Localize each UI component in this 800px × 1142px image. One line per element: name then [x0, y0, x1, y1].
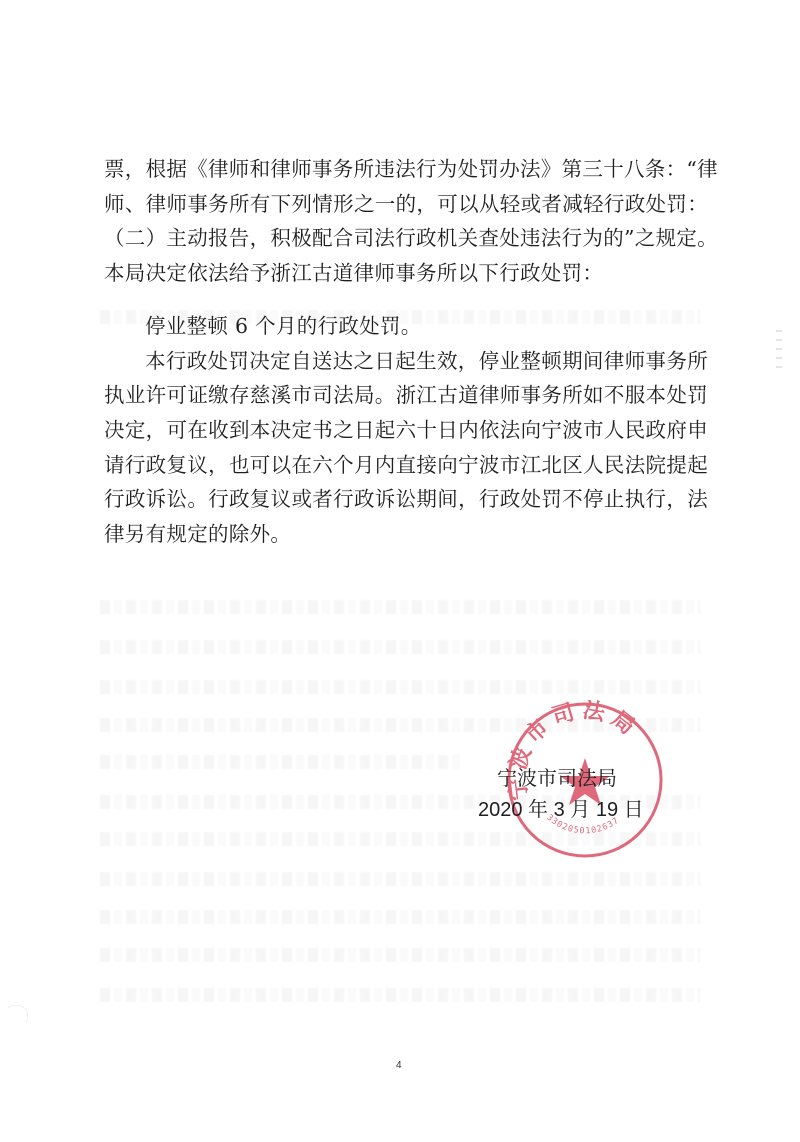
- bleed-through-mark: [100, 910, 700, 924]
- text-line: 本局决定依法给予浙江古道律师事务所以下行政处罚：: [104, 256, 708, 291]
- text-line: 请行政复议，也可以在六个月内直接向宁波市江北区人民法院提起: [104, 448, 708, 483]
- text-line: （二）主动报告，积极配合司法行政机关查处违法行为的”之规定。: [104, 221, 708, 256]
- bleed-through-mark: [100, 680, 700, 694]
- document-page: 票，根据《律师和律师事务所违法行为处罚办法》第三十八条：“律 师、律师事务所有下…: [0, 0, 800, 1142]
- document-body: 票，根据《律师和律师事务所违法行为处罚办法》第三十八条：“律 师、律师事务所有下…: [104, 152, 708, 552]
- bleed-through-mark: [100, 872, 700, 886]
- page-number: 4: [396, 1060, 402, 1071]
- bleed-through-mark: [100, 948, 700, 962]
- bleed-through-mark: [100, 755, 460, 769]
- text-line: 本行政处罚决定自送达之日起生效，停业整顿期间律师事务所: [104, 344, 708, 379]
- scan-edge-mark: [776, 330, 782, 370]
- bleed-through-mark: [100, 988, 700, 1002]
- issue-date: 2020 年 3 月 19 日: [478, 794, 644, 826]
- paragraph-penalty: 停业整顿 6 个月的行政处罚。: [104, 309, 708, 344]
- text-line: 师、律师事务所有下列情形之一的，可以从轻或者减轻行政处罚：: [104, 187, 708, 222]
- scan-smudge: [4, 1005, 28, 1025]
- signature-block: 宁波市司法局 2020 年 3 月 19 日: [478, 762, 644, 826]
- text-line: 票，根据《律师和律师事务所违法行为处罚办法》第三十八条：“律: [104, 152, 708, 187]
- text-line: 律另有规定的除外。: [104, 517, 708, 552]
- text-line: 停业整顿 6 个月的行政处罚。: [104, 309, 708, 344]
- bleed-through-mark: [100, 640, 700, 654]
- bleed-through-mark: [100, 600, 700, 614]
- issuing-organization: 宁波市司法局: [478, 762, 644, 794]
- text-line: 决定，可在收到本决定书之日起六十日内依法向宁波市人民政府申: [104, 413, 708, 448]
- text-line: 执业许可证缴存慈溪市司法局。浙江古道律师事务所如不服本处罚: [104, 378, 708, 413]
- text-line: 行政诉讼。行政复议或者行政诉讼期间，行政处罚不停止执行，法: [104, 482, 708, 517]
- paragraph-legal-basis: 票，根据《律师和律师事务所违法行为处罚办法》第三十八条：“律 师、律师事务所有下…: [104, 152, 708, 291]
- paragraph-effect-and-appeal: 本行政处罚决定自送达之日起生效，停业整顿期间律师事务所 执业许可证缴存慈溪市司法…: [104, 344, 708, 552]
